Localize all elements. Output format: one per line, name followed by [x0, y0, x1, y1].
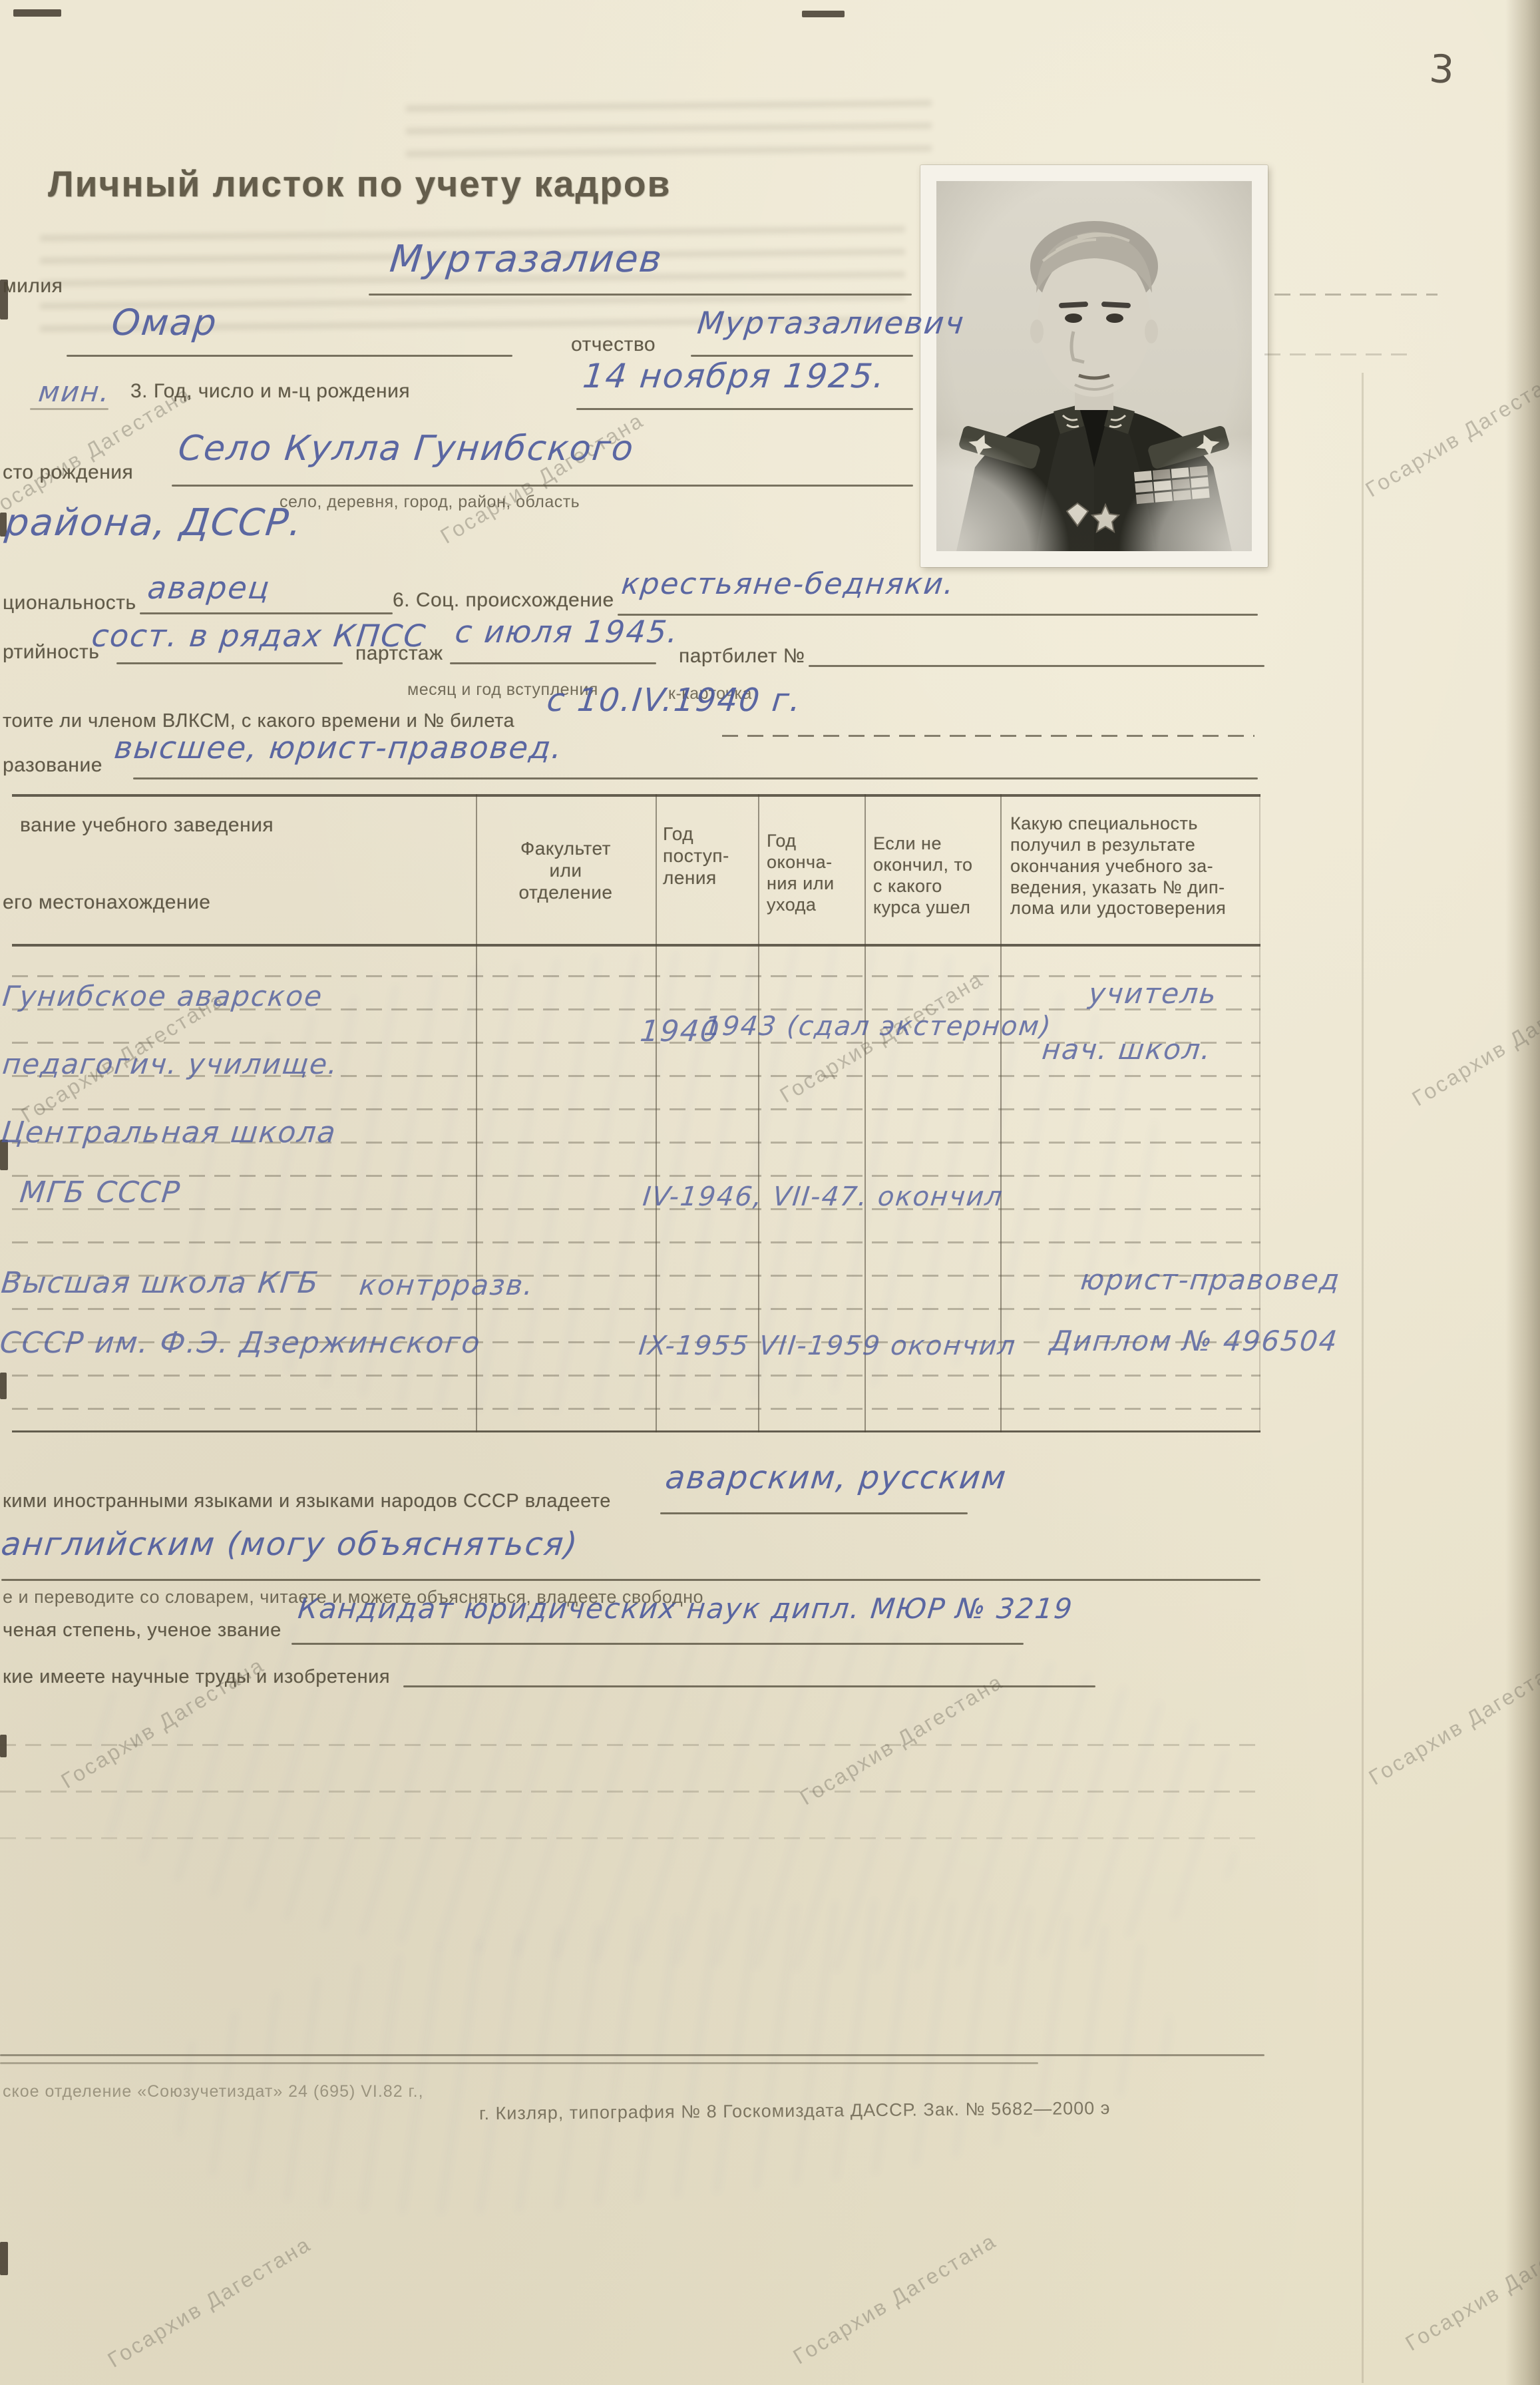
page-number: 3	[1428, 46, 1456, 93]
rule-line	[172, 485, 913, 487]
table-header-school: вание учебного заведения	[20, 813, 274, 837]
table-border-top	[12, 794, 1260, 797]
field-birthplace-label: сто рождения	[3, 461, 133, 484]
table-header-specialty: Какую специальность получил в результате…	[1010, 813, 1263, 919]
binding-mark	[0, 1373, 7, 1399]
field-degree-value: Кандидат юридических наук дипл. МЮР № 32…	[297, 1595, 1075, 1623]
table-row-year-out: 1943 (сдал экстерном)	[703, 1013, 1054, 1040]
bleedthrough-text	[406, 85, 932, 157]
table-row-years: IV-1946, VII-47. окончил	[642, 1184, 1005, 1210]
form-title: Личный листок по учету кадров	[48, 162, 671, 205]
rule-line	[116, 662, 343, 664]
table-header-school-location: его местонахождение	[3, 891, 210, 914]
rule-line	[0, 2062, 1038, 2064]
table-rule	[12, 1175, 1260, 1177]
table-header-rule	[12, 944, 1260, 947]
field-birthplace-caption: село, деревня, город, район, область	[280, 493, 580, 512]
field-birthplace-value: Село Кулла Гунибского	[176, 431, 636, 466]
rule-line	[133, 777, 1258, 779]
field-partstage-label: партстаж	[355, 642, 443, 665]
table-rule	[12, 1241, 1260, 1243]
portrait-photo	[920, 165, 1268, 567]
rule-line	[576, 408, 913, 410]
field-languages-value1: аварским, русским	[664, 1462, 1008, 1494]
table-header-faculty: Факультет или отделение	[489, 837, 642, 903]
rule-line	[369, 294, 912, 296]
rule-line	[0, 1837, 1258, 1839]
table-row-specialty: юрист-правовед	[1079, 1266, 1342, 1294]
field-partstage-value: с июля 1945.	[454, 616, 681, 647]
rule-line	[1274, 294, 1438, 296]
rule-line	[0, 1744, 1258, 1746]
rule-line	[403, 1685, 1095, 1687]
table-rule	[12, 1208, 1260, 1210]
table-row-school: МГБ СССР	[19, 1178, 182, 1207]
table-rule	[12, 975, 1260, 977]
field-works-label: кие имеете научные труды и изобретения	[3, 1665, 390, 1688]
table-header-year-out: Год оконча- ния или ухода	[767, 831, 835, 915]
field-social-label: 6. Соц. происхождение	[393, 588, 614, 612]
field-education-label: разование	[3, 754, 102, 777]
field-surname-label: милия	[3, 274, 63, 298]
scan-mark	[802, 11, 845, 17]
binding-mark	[0, 2242, 8, 2275]
table-rule	[12, 1308, 1260, 1310]
rule-line	[722, 735, 1254, 737]
table-row-specialty: Диплом № 496504	[1049, 1327, 1340, 1355]
rule-line	[30, 408, 108, 410]
rule-line	[1264, 353, 1411, 355]
table-row-school: Гунибское аварское	[1, 982, 325, 1010]
table-row-faculty: контрразв.	[358, 1271, 536, 1299]
field-languages-value2: английским (могу объясняться)	[0, 1528, 580, 1560]
field-partcard-label: партбилет №	[679, 644, 805, 668]
table-header-if-left: Если не окончил, то с какого курса ушел	[873, 833, 973, 918]
field-languages-label: кими иностранными языками и языками наро…	[3, 1490, 611, 1512]
table-row-school: СССР им. Ф.Э. Дзержинского	[0, 1329, 482, 1358]
rule-line	[618, 614, 1258, 616]
field-patronymic-label: отчество	[571, 333, 656, 356]
field-vlksm-value: с 10.IV.1940 г.	[545, 684, 803, 716]
rule-line	[140, 612, 393, 614]
archive-watermark: Госархив Дагестана	[789, 2229, 1001, 2370]
table-rule	[12, 1408, 1260, 1410]
table-row-years: IX-1955 VII-1959 окончил	[638, 1333, 1018, 1359]
rule-line	[0, 1791, 1258, 1793]
field-nationality-label: циональность	[3, 591, 136, 614]
rule-line	[450, 662, 656, 664]
archive-watermark: Госархив Дагестана	[103, 2232, 315, 2373]
binding-mark	[0, 1735, 7, 1757]
table-rule	[12, 1375, 1260, 1377]
rule-line	[1, 1579, 1260, 1581]
table-border-bottom	[12, 1430, 1260, 1432]
field-name-value: Омар	[110, 305, 219, 341]
field-party-label: ртийность	[3, 640, 99, 664]
table-row-school: Центральная школа	[0, 1118, 338, 1148]
imprint-line1: ское отделение «Союзучетиздат» 24 (695) …	[3, 2082, 424, 2101]
field-birthplace-value2: района, ДССР.	[3, 505, 304, 542]
rule-line	[660, 1512, 968, 1514]
rule-line	[291, 1643, 1024, 1645]
paper-edge-shadow	[1505, 0, 1540, 2385]
rule-line	[0, 2054, 1264, 2056]
rule-line	[67, 355, 512, 357]
paper-crease	[1362, 373, 1364, 2383]
portrait-of-man-in-general-uniform	[936, 181, 1252, 551]
ink-fragment: мин.	[37, 378, 112, 406]
field-degree-label: ченая степень, ученое звание	[3, 1619, 282, 1641]
table-header-year-in: Год поступ- ления	[663, 823, 729, 889]
field-surname-value: Муртазалиев	[388, 241, 665, 278]
table-row-school: педагогич. училище.	[1, 1050, 340, 1078]
table-row-specialty: нач. школ.	[1041, 1036, 1213, 1064]
field-social-value: крестьяне-бедняки.	[620, 570, 956, 599]
field-patronymic-value: Муртазалиевич	[696, 308, 966, 338]
field-birthdate-value: 14 ноября 1925.	[581, 359, 887, 393]
field-education-value: высшее, юрист-правовед.	[113, 732, 565, 763]
table-row-school: Высшая школа КГБ	[0, 1269, 321, 1298]
field-birthdate-label: 3. Год, число и м-ц рождения	[130, 379, 410, 403]
field-nationality-value: аварец	[146, 572, 272, 603]
table-row-specialty: учитель	[1087, 980, 1219, 1008]
table-rule	[12, 1108, 1260, 1110]
scan-mark	[13, 9, 61, 17]
rule-line	[809, 665, 1264, 667]
scanned-personnel-form: Госархив Дагестана Госархив Дагестана Го…	[0, 0, 1540, 2385]
